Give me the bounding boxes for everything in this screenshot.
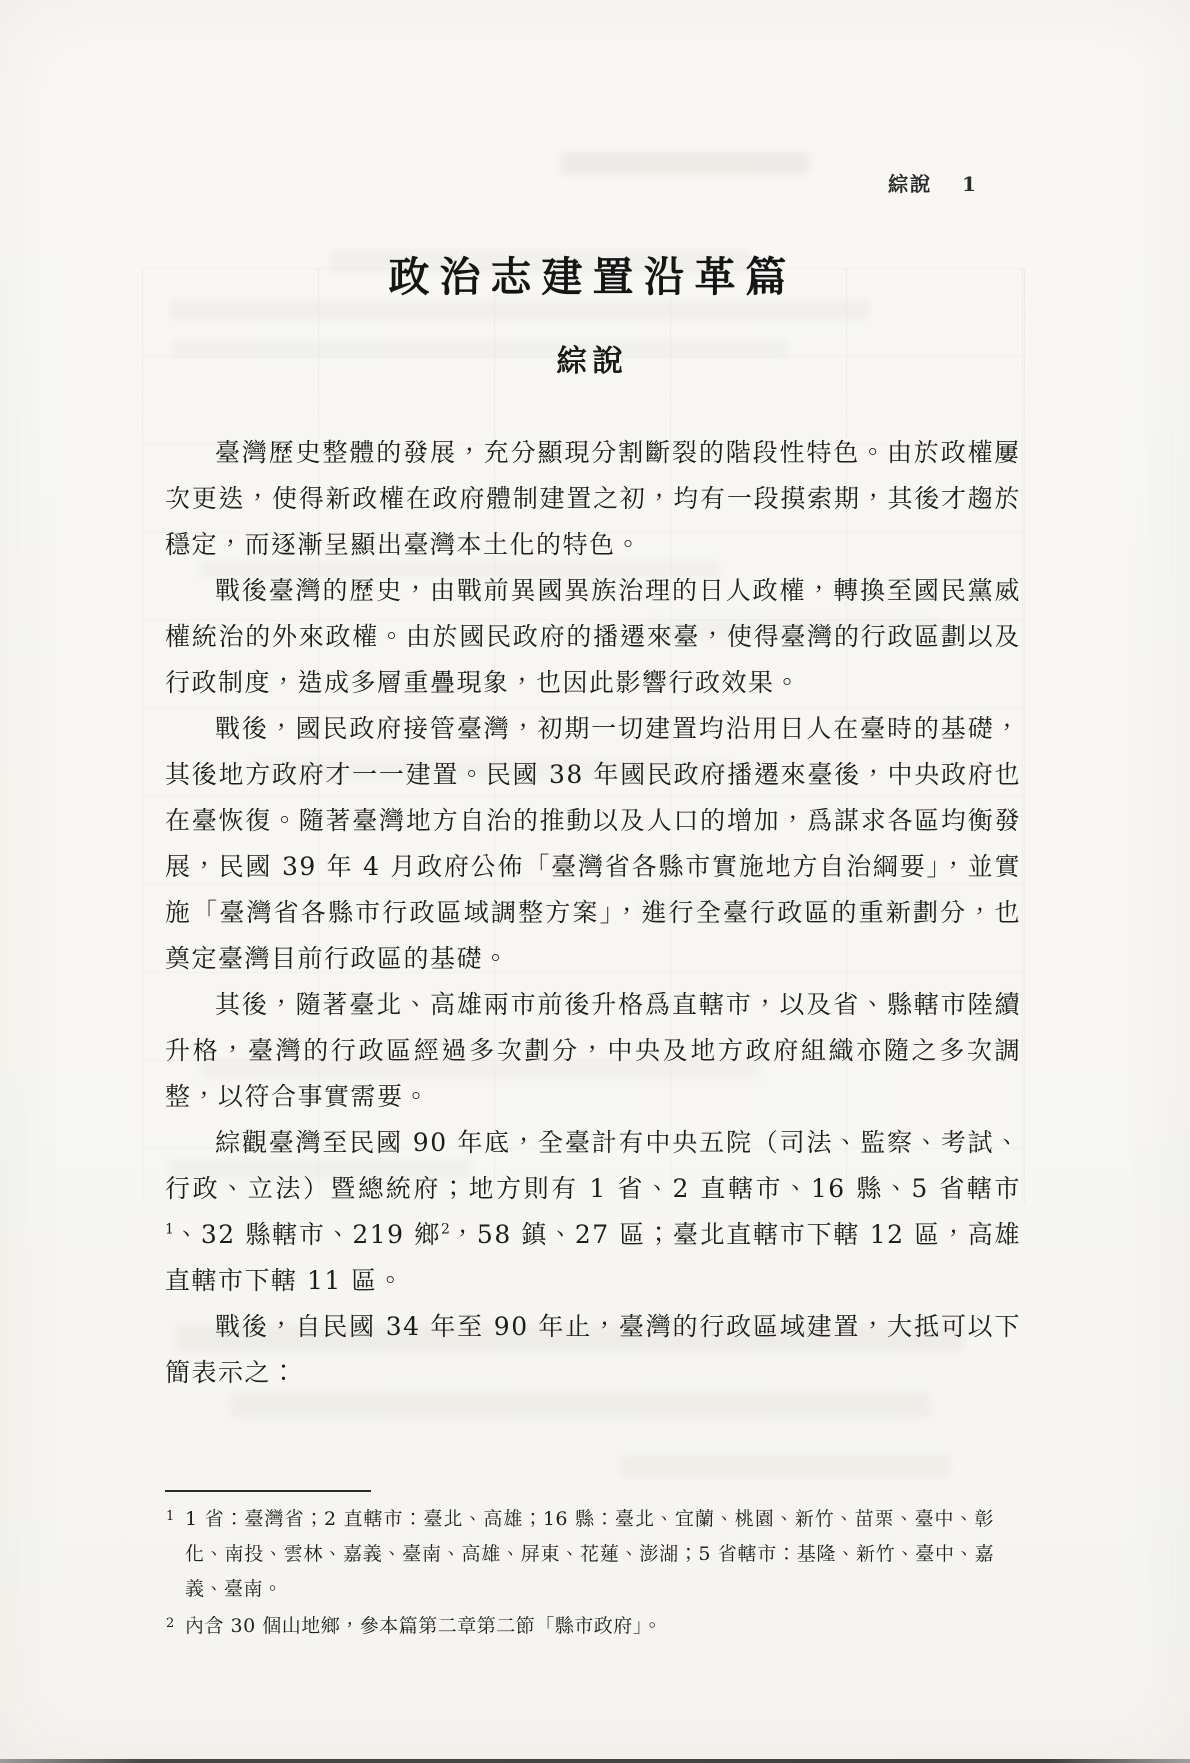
paragraph-with-footnote-refs: 綜觀臺灣至民國 90 年底，全臺計有中央五院（司法、監察、考試、行政、立法）暨總…: [165, 1120, 1021, 1304]
bleedthrough-smudge: [170, 300, 870, 320]
footnote-1-text: 1 省：臺灣省；2 直轄市：臺北、高雄；16 縣：臺北、宜蘭、桃園、新竹、苗栗、…: [185, 1508, 994, 1600]
paragraph: 臺灣歷史整體的發展，充分顯現分割斷裂的階段性特色。由於政權屢次更迭，使得新政權在…: [165, 430, 1021, 568]
paragraph-segment: 綜觀臺灣至民國 90 年底，全臺計有中央五院（司法、監察、考試、行政、立法）暨總…: [165, 1128, 1021, 1203]
bleedthrough-smudge: [560, 152, 810, 174]
footnote-separator: [165, 1490, 371, 1492]
paragraph: 戰後，國民政府接管臺灣，初期一切建置均沿用日人在臺時的基礎，其後地方政府才一一建…: [165, 706, 1021, 982]
bleedthrough-smudge: [620, 1455, 950, 1477]
footnote-2: 2 內含 30 個山地鄉，參本篇第二章第二節「縣市政府」。: [158, 1609, 994, 1644]
footnote-2-marker: 2: [166, 1606, 175, 1641]
paragraph: 戰後，自民國 34 年至 90 年止，臺灣的行政區域建置，大抵可以下簡表示之：: [165, 1304, 1021, 1396]
footnote-1-marker: 1: [166, 1499, 175, 1534]
scan-edge: [0, 1759, 1190, 1763]
paragraph: 其後，隨著臺北、高雄兩市前後升格爲直轄市，以及省、縣轄市陸續升格，臺灣的行政區經…: [165, 982, 1021, 1120]
section-title: 綜說: [165, 336, 1020, 380]
footnote-1: 1 1 省：臺灣省；2 直轄市：臺北、高雄；16 縣：臺北、宜蘭、桃園、新竹、苗…: [158, 1502, 994, 1607]
running-head-section: 綜說: [888, 168, 932, 197]
paragraph-segment: 、32 縣轄市、219 鄉: [174, 1220, 441, 1249]
document-title: 政治志建置沿革篇: [165, 244, 1020, 303]
footnotes: 1 1 省：臺灣省；2 直轄市：臺北、高雄；16 縣：臺北、宜蘭、桃園、新竹、苗…: [158, 1502, 994, 1646]
footnote-ref-1: 1: [165, 1222, 174, 1238]
footnote-2-text: 內含 30 個山地鄉，參本篇第二章第二節「縣市政府」。: [185, 1615, 662, 1637]
running-head: 綜說 1: [888, 168, 1028, 197]
paragraph: 戰後臺灣的歷史，由戰前異國異族治理的日人政權，轉換至國民黨威權統治的外來政權。由…: [165, 568, 1021, 706]
footnote-ref-2: 2: [441, 1222, 450, 1238]
page-number: 1: [962, 172, 978, 196]
body-text: 臺灣歷史整體的發展，充分顯現分割斷裂的階段性特色。由於政權屢次更迭，使得新政權在…: [165, 430, 1021, 1396]
scanned-document-page: 綜說 1 政治志建置沿革篇 綜說 臺灣歷史整體的發展，充分顯現分割斷裂的階段性特…: [0, 0, 1190, 1763]
